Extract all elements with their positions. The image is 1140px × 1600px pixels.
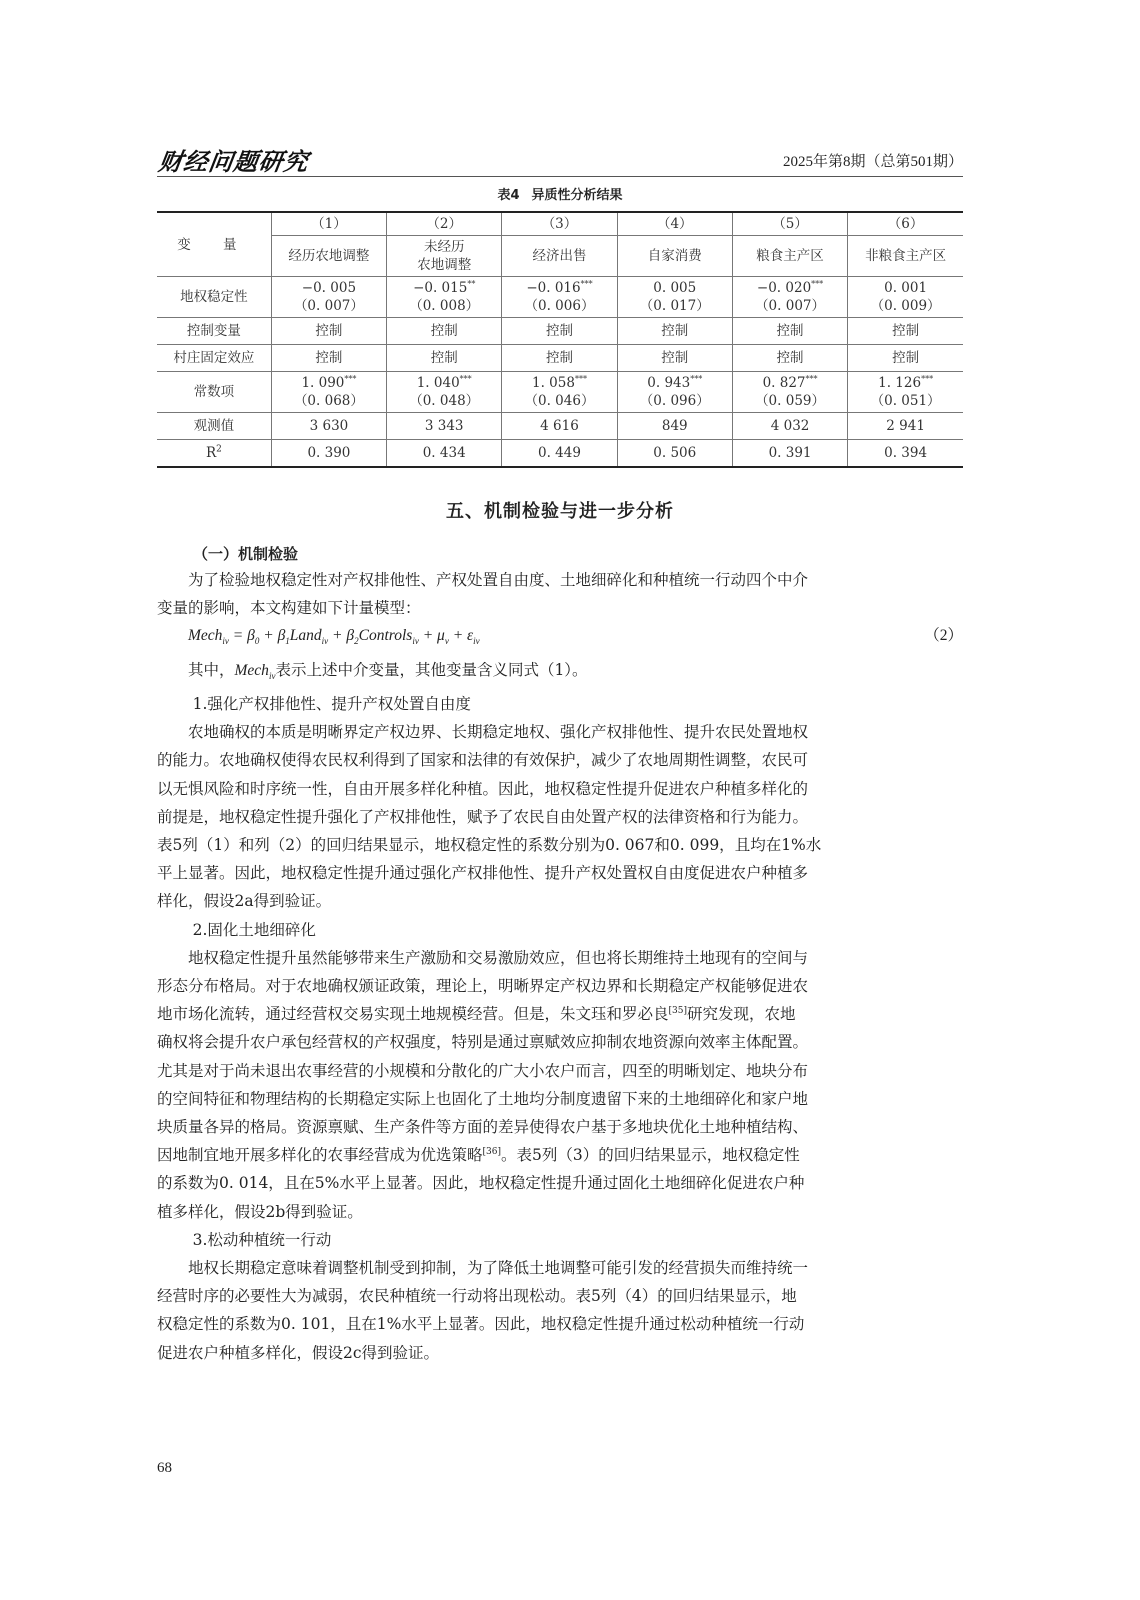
text-line: 的能力。农地确权使得农民权利得到了国家和法律的有效保护，减少了农地周期性调整，农… [157,746,963,774]
heterogeneity-results-table: 变 量 （1） （2） （3） （4） （5） （6） 经历农地调整 未经历农地… [157,211,963,468]
table-cell: 控制 [502,345,617,372]
table-caption: 表4异质性分析结果 [157,184,963,203]
table-cell: −0. 015**（0. 008） [387,277,502,318]
table-cell: −0. 020***（0. 007） [732,277,847,318]
equation-number: （2） [924,622,963,650]
citation-36[interactable]: [36] [483,1147,501,1157]
table-cell: 控制 [848,345,963,372]
text-line: 形态分布格局。对于农地确权颁证政策，理论上，明晰界定产权边界和长期稳定产权能够促… [157,972,963,1000]
formula-note: 其中，Mechiv表示上述中介变量，其他变量含义同式（1）。 [157,656,963,690]
text-line: 地权长期稳定意味着调整机制受到抑制，为了降低土地调整可能引发的经营损失而维持统一 [157,1254,963,1282]
regression-formula: Mechiv = β0 + β1Landiv + β2Controlsiv + … [157,622,963,655]
text-line: 确权将会提升农户承包经营权的产权强度，特别是通过禀赋效应抑制农地资源向效率主体配… [157,1028,963,1056]
table-label: 表4 [497,188,519,203]
table-cell: 4 032 [732,413,847,440]
table-cell: 1. 126***（0. 051） [848,372,963,413]
journal-logo: 财经问题研究 [157,142,312,177]
section-title: 五、机制检验与进一步分析 [157,497,963,523]
text-line: 表5列（1）和列（2）的回归结果显示，地权稳定性的系数分别为0. 067和0. … [157,831,963,859]
subheading-3: 3.松动种植统一行动 [157,1226,963,1254]
text-line: 尤其是对于尚未退出农事经营的小规模和分散化的广大小农户而言，四至的明晰划定、地块… [157,1057,963,1085]
table-cell: 控制 [732,318,847,345]
column-label: 非粮食主产区 [848,236,963,277]
table-cell: −0. 005（0. 007） [271,277,386,318]
row-label: R2 [157,440,271,468]
table-cell: 849 [617,413,732,440]
table-cell: 0. 394 [848,440,963,468]
text-line: 植多样化，假设2b得到验证。 [157,1198,963,1226]
variable-header: 变 量 [157,212,271,277]
text-line: 块质量各异的格局。资源禀赋、生产条件等方面的差异使得农户基于多地块优化土地种植结… [157,1113,963,1141]
subheading-2: 2.固化土地细碎化 [157,916,963,944]
text-line: 权稳定性的系数为0. 101，且在1%水平上显著。因此，地权稳定性提升通过松动种… [157,1310,963,1338]
column-label: 自家消费 [617,236,732,277]
row-label: 观测值 [157,413,271,440]
subsection-title: （一）机制检验 [193,543,298,564]
subheading-1: 1.强化产权排他性、提升产权处置自由度 [157,690,963,718]
page-number: 68 [157,1460,172,1477]
table-title: 异质性分析结果 [532,188,623,203]
table-cell: 0. 391 [732,440,847,468]
issue-info: 2025年第8期（总第501期） [783,150,963,171]
text-line: 因地制宜地开展多样化的农事经营成为优选策略[36]。表5列（3）的回归结果显示，… [157,1141,963,1169]
column-number: （2） [387,212,502,236]
row-label: 控制变量 [157,318,271,345]
table-cell: 0. 506 [617,440,732,468]
column-number: （3） [502,212,617,236]
table-cell: 0. 390 [271,440,386,468]
table-cell: 0. 827***（0. 059） [732,372,847,413]
table-cell: 0. 449 [502,440,617,468]
table-cell: 控制 [848,318,963,345]
table-row: 观测值 3 630 3 343 4 616 849 4 032 2 941 [157,413,963,440]
table-cell: 0. 005（0. 017） [617,277,732,318]
table-cell: 3 630 [271,413,386,440]
table-cell: 控制 [387,345,502,372]
table-cell: 1. 090***（0. 068） [271,372,386,413]
table-row: 村庄固定效应 控制 控制 控制 控制 控制 控制 [157,345,963,372]
text-line: 农地确权的本质是明晰界定产权边界、长期稳定地权、强化产权排他性、提升农民处置地权 [157,718,963,746]
text-line: 变量的影响，本文构建如下计量模型： [157,594,963,622]
running-header: 财经问题研究 2025年第8期（总第501期） [157,140,963,177]
citation-35[interactable]: [35] [669,1006,687,1016]
column-label: 粮食主产区 [732,236,847,277]
text-line: 经营时序的必要性大为减弱，农民种植统一行动将出现松动。表5列（4）的回归结果显示… [157,1282,963,1310]
column-number: （6） [848,212,963,236]
text-line: 为了检验地权稳定性对产权排他性、产权处置自由度、土地细碎化和种植统一行动四个中介 [157,566,963,594]
table-cell: 控制 [732,345,847,372]
table-row: 地权稳定性 −0. 005（0. 007） −0. 015**（0. 008） … [157,277,963,318]
text-line: 平上显著。因此，地权稳定性提升通过强化产权排他性、提升产权处置权自由度促进农户种… [157,859,963,887]
row-label: 地权稳定性 [157,277,271,318]
column-number: （5） [732,212,847,236]
table-cell: 0. 943***（0. 096） [617,372,732,413]
table-cell: 控制 [502,318,617,345]
column-label: 经济出售 [502,236,617,277]
text-line: 的系数为0. 014，且在5%水平上显著。因此，地权稳定性提升通过固化土地细碎化… [157,1169,963,1197]
column-number: （4） [617,212,732,236]
text-line: 以无惧风险和时序统一性，自由开展多样化种植。因此，地权稳定性提升促进农户种植多样… [157,775,963,803]
text-line: 促进农户种植多样化，假设2c得到验证。 [157,1339,963,1367]
text-line: 前提是，地权稳定性提升强化了产权排他性，赋予了农民自由处置产权的法律资格和行为能… [157,803,963,831]
table-row: 控制变量 控制 控制 控制 控制 控制 控制 [157,318,963,345]
column-number: （1） [271,212,386,236]
table-cell: 0. 434 [387,440,502,468]
table-cell: 控制 [387,318,502,345]
column-label: 经历农地调整 [271,236,386,277]
column-label: 未经历农地调整 [387,236,502,277]
body-text: 为了检验地权稳定性对产权排他性、产权处置自由度、土地细碎化和种植统一行动四个中介… [157,566,963,1367]
table-row: R2 0. 390 0. 434 0. 449 0. 506 0. 391 0.… [157,440,963,468]
table-row: 常数项 1. 090***（0. 068） 1. 040***（0. 048） … [157,372,963,413]
table-cell: 1. 040***（0. 048） [387,372,502,413]
table-cell: 2 941 [848,413,963,440]
table-cell: 控制 [271,345,386,372]
text-line: 地市场化流转，通过经营权交易实现土地规模经营。但是，朱文珏和罗必良[35]研究发… [157,1000,963,1028]
table-cell: −0. 016***（0. 006） [502,277,617,318]
table-cell: 控制 [617,318,732,345]
row-label: 村庄固定效应 [157,345,271,372]
table-header-row-numbers: 变 量 （1） （2） （3） （4） （5） （6） [157,212,963,236]
row-label: 常数项 [157,372,271,413]
table-cell: 0. 001（0. 009） [848,277,963,318]
table-cell: 3 343 [387,413,502,440]
table-cell: 控制 [617,345,732,372]
table-cell: 4 616 [502,413,617,440]
text-line: 的空间特征和物理结构的长期稳定实际上也固化了土地均分制度遗留下来的土地细碎化和家… [157,1085,963,1113]
table-cell: 控制 [271,318,386,345]
table-cell: 1. 058***（0. 046） [502,372,617,413]
text-line: 地权稳定性提升虽然能够带来生产激励和交易激励效应，但也将长期维持土地现有的空间与 [157,944,963,972]
table-header-row-labels: 经历农地调整 未经历农地调整 经济出售 自家消费 粮食主产区 非粮食主产区 [157,236,963,277]
text-line: 样化，假设2a得到验证。 [157,887,963,915]
